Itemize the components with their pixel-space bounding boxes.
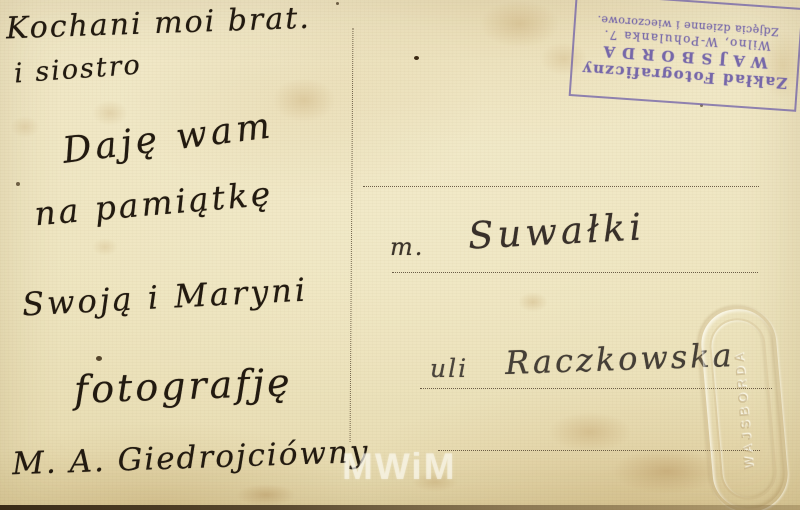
ink-speck bbox=[16, 182, 20, 186]
address-rule-1 bbox=[363, 186, 759, 187]
ink-speck bbox=[336, 2, 339, 5]
scan-bottom-edge bbox=[0, 505, 800, 510]
postcard-scan: Kochani moi brat. i siostro Daję wam na … bbox=[0, 0, 800, 510]
center-divider-rule bbox=[350, 28, 354, 442]
address-city: Suwałki bbox=[467, 205, 646, 257]
message-line-4: na pamiątkę bbox=[33, 174, 275, 234]
message-line-3: Daję wam bbox=[60, 105, 276, 172]
paper-stain bbox=[92, 238, 118, 256]
address-city-prefix: m. bbox=[390, 233, 424, 261]
message-line-5: Swoją i Maryni bbox=[21, 271, 309, 324]
paper-stain bbox=[480, 0, 560, 48]
paper-stain bbox=[92, 100, 128, 126]
paper-stain bbox=[236, 484, 296, 506]
photographer-stamp: Zakład Fotograficzny WAJSBORDA Wilno, W-… bbox=[569, 0, 800, 112]
paper-stain bbox=[518, 292, 548, 312]
ink-speck bbox=[414, 56, 419, 60]
message-line-2: i siostro bbox=[13, 50, 143, 90]
paper-stain bbox=[272, 78, 336, 122]
archive-watermark: MWiM bbox=[342, 446, 457, 488]
embossed-stamp-text: WAJSBORDA bbox=[730, 348, 755, 469]
embossed-blind-stamp: WAJSBORDA bbox=[695, 303, 791, 510]
message-line-1: Kochani moi brat. bbox=[5, 1, 311, 47]
address-street-prefix: uli bbox=[430, 354, 468, 383]
ink-speck bbox=[96, 356, 102, 361]
embossed-stamp-inner-ring: WAJSBORDA bbox=[707, 316, 779, 502]
paper-stain bbox=[612, 448, 722, 494]
paper-stain bbox=[10, 116, 40, 138]
paper-stain bbox=[548, 412, 632, 452]
address-rule-2 bbox=[392, 272, 758, 273]
signature-line: M. A. Giedrojciówny bbox=[11, 434, 370, 482]
message-line-6: fotografję bbox=[73, 360, 293, 412]
